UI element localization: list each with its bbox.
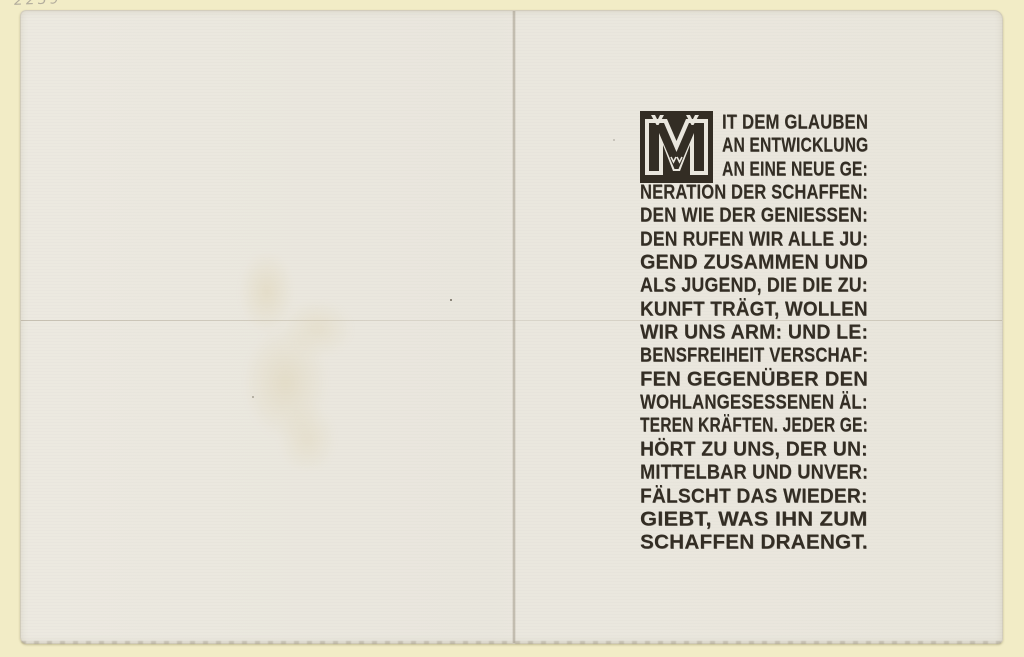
text-line: DEN RUFEN WIR ALLE JU: xyxy=(640,227,868,250)
text-line: TEREN KRÄFTEN. JEDER GE: xyxy=(640,413,868,436)
text-line: SCHAFFEN DRAENGT. xyxy=(640,530,868,553)
text-line: KUNFT TRÄGT, WOLLEN xyxy=(640,297,868,320)
text-block: IT DEM GLAUBENAN ENTWICKLUNGAN EINE NEUE… xyxy=(640,110,868,554)
text-line: FEN GEGENÜBER DEN xyxy=(640,367,868,390)
paper-speck xyxy=(450,299,452,301)
pencil-inscription: 2239 xyxy=(14,0,62,9)
paper-speck xyxy=(252,396,254,398)
text-line: IT DEM GLAUBEN xyxy=(640,110,868,133)
text-line: NERATION DER SCHAFFEN: xyxy=(640,180,868,203)
text-line: WIR UNS ARM: UND LE: xyxy=(640,320,868,343)
ghost-impression xyxy=(229,253,355,469)
text-line: GEND ZUSAMMEN UND xyxy=(640,250,868,273)
text-line: ALS JUGEND, DIE DIE ZU: xyxy=(640,273,868,296)
text-line: WOHLANGESESSENEN ÄL: xyxy=(640,390,868,413)
text-line: BENSFREIHEIT VERSCHAF: xyxy=(640,343,868,366)
text-block-lines: IT DEM GLAUBENAN ENTWICKLUNGAN EINE NEUE… xyxy=(640,110,868,554)
text-line: FÄLSCHT DAS WIEDER: xyxy=(640,484,868,507)
text-line: MITTELBAR UND UNVER: xyxy=(640,460,868,483)
text-line: AN EINE NEUE GE: xyxy=(640,157,868,180)
text-line: AN ENTWICKLUNG xyxy=(640,133,868,156)
text-line: GIEBT, WAS IHN ZUM xyxy=(640,507,868,530)
text-line: DEN WIE DER GENIESSEN: xyxy=(640,203,868,226)
paper-speck xyxy=(613,139,615,141)
deckled-bottom-edge xyxy=(21,641,1002,644)
center-fold-line xyxy=(512,11,516,643)
scanned-page: 2239 IT DEM GLAUBENAN ENTWICKLUNGAN EINE… xyxy=(0,0,1024,657)
text-line: HÖRT ZU UNS, DER UN: xyxy=(640,437,868,460)
